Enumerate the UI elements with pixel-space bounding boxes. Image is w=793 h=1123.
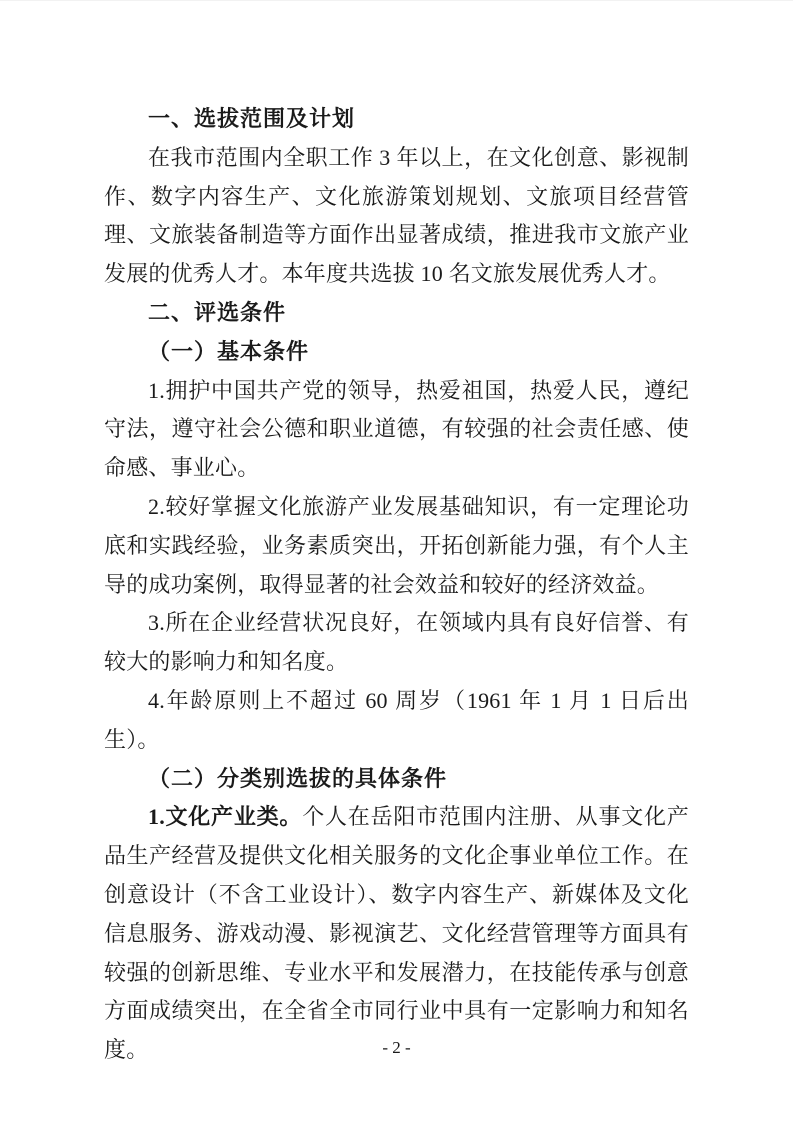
subsection-heading-basic-criteria: （一）基本条件 (104, 333, 689, 372)
section-heading-selection-scope: 一、选拔范围及计划 (104, 100, 689, 139)
paragraph-category-culture-industry: 1.文化产业类。个人在岳阳市范围内注册、从事文化产品生产经营及提供文化相关服务的… (104, 798, 689, 1070)
paragraph-criterion-4: 4.年龄原则上不超过 60 周岁（1961 年 1 月 1 日后出生）。 (104, 682, 689, 760)
document-body: 一、选拔范围及计划 在我市范围内全职工作 3 年以上，在文化创意、影视制作、数字… (104, 100, 689, 1070)
paragraph-criterion-2: 2.较好掌握文化旅游产业发展基础知识，有一定理论功底和实践经验，业务素质突出，开… (104, 488, 689, 604)
paragraph-criterion-3: 3.所在企业经营状况良好，在领域内具有良好信誉、有较大的影响力和知名度。 (104, 604, 689, 682)
paragraph-selection-scope: 在我市范围内全职工作 3 年以上，在文化创意、影视制作、数字内容生产、文化旅游策… (104, 139, 689, 294)
paragraph-lead-culture-industry: 1.文化产业类。 (148, 804, 302, 829)
subsection-heading-category-criteria: （二）分类别选拔的具体条件 (104, 760, 689, 799)
document-page: 一、选拔范围及计划 在我市范围内全职工作 3 年以上，在文化创意、影视制作、数字… (0, 0, 793, 1123)
paragraph-rest-culture-industry: 个人在岳阳市范围内注册、从事文化产品生产经营及提供文化相关服务的文化企事业单位工… (104, 804, 689, 1062)
page-number: - 2 - (0, 1037, 793, 1059)
section-heading-selection-criteria: 二、评选条件 (104, 294, 689, 333)
paragraph-criterion-1: 1.拥护中国共产党的领导，热爱祖国，热爱人民，遵纪守法，遵守社会公德和职业道德，… (104, 372, 689, 488)
